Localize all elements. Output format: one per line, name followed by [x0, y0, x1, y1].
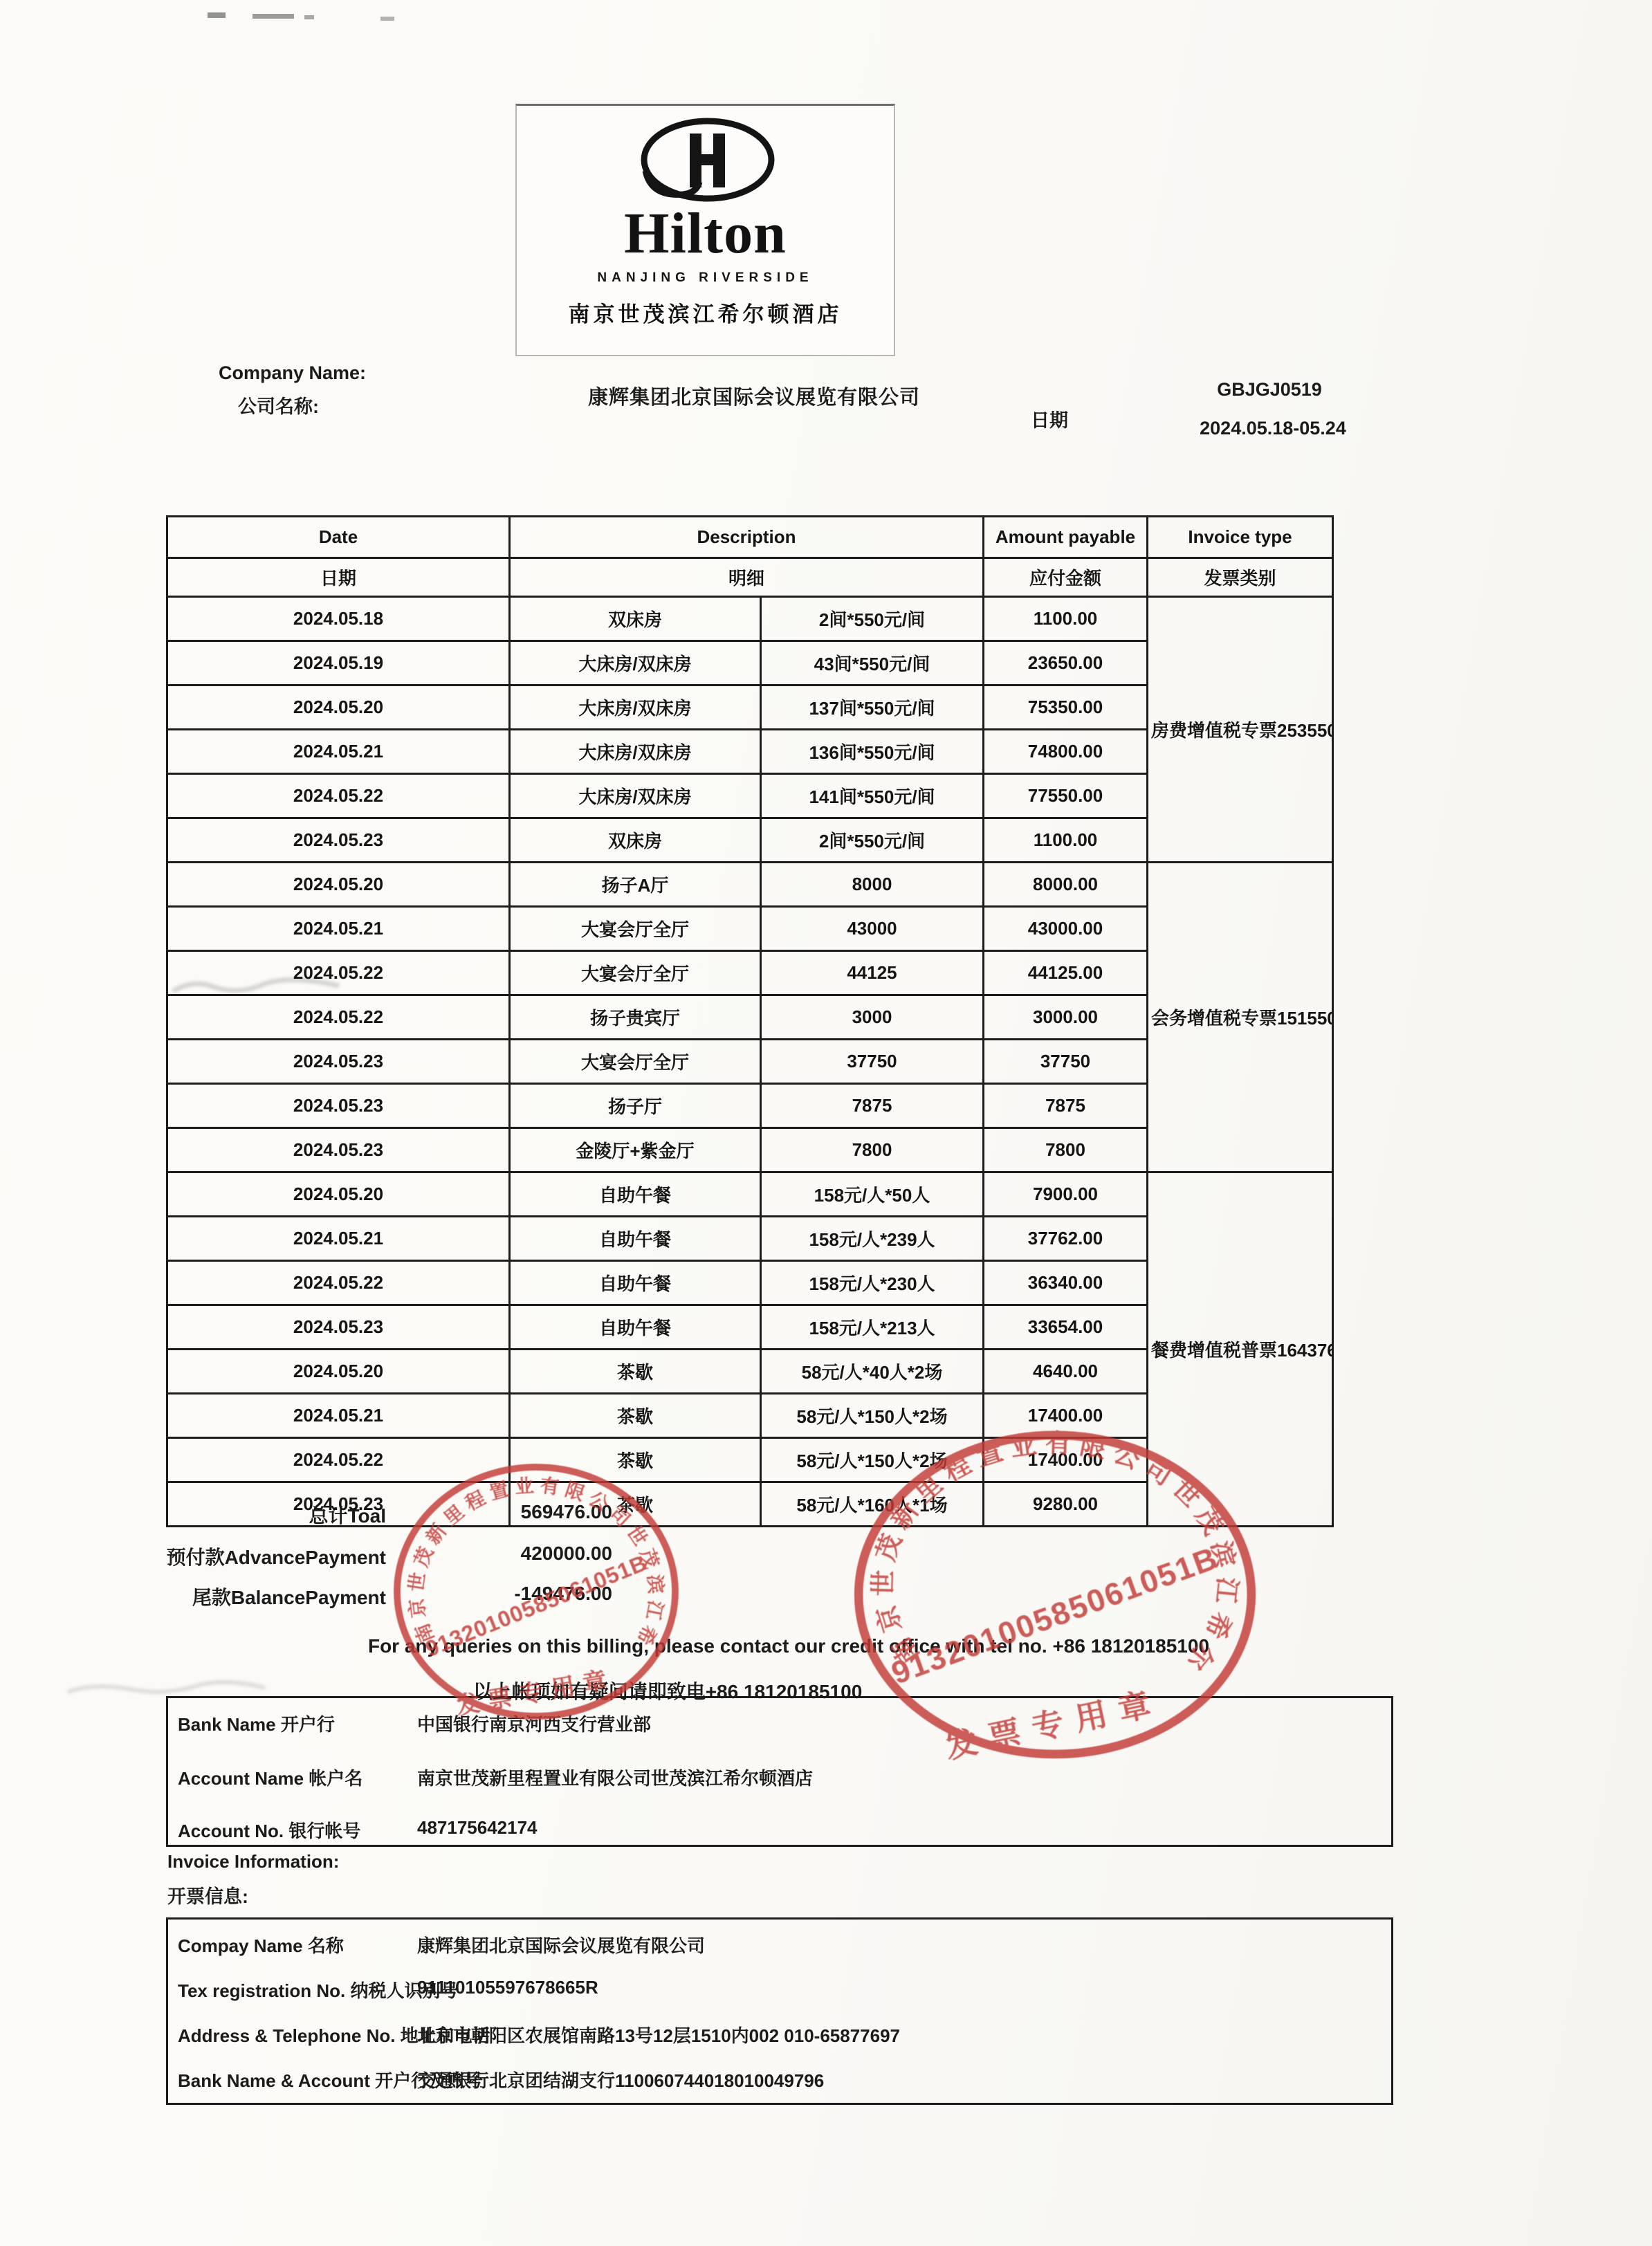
date-cell: 2024.05.20: [167, 863, 510, 907]
description-cell: 双床房: [510, 597, 761, 641]
company-name-label-cn: 公司名称:: [238, 392, 319, 418]
quantity-cell: 141间*550元/间: [761, 774, 984, 818]
total-label: 总计Toal: [158, 1501, 386, 1529]
header-row-cn: 日期 明细 应付金额 发票类别: [167, 558, 1333, 597]
description-cell: 扬子A厅: [510, 863, 761, 907]
description-cell: 茶歇: [510, 1438, 761, 1482]
bank-name-value: 中国银行南京河西支行营业部: [417, 1711, 651, 1736]
date-cell: 2024.05.22: [167, 951, 510, 995]
table-row: 2024.05.20自助午餐158元/人*50人7900.00餐费增值税普票16…: [167, 1172, 1333, 1217]
tax-registration-label: Tex registration No. 纳税人识别号: [178, 1977, 458, 2003]
quantity-cell: 158元/人*239人: [761, 1217, 984, 1261]
invoice-type-cell: 房费增值税专票253550元: [1148, 597, 1333, 863]
date-cell: 2024.05.19: [167, 641, 510, 685]
amount-cell: 23650.00: [984, 641, 1148, 685]
quantity-cell: 7875: [761, 1084, 984, 1128]
description-cell: 大宴会厅全厅: [510, 907, 761, 951]
date-cell: 2024.05.22: [167, 1261, 510, 1305]
amount-cell: 9280.00: [984, 1482, 1148, 1527]
billing-table: Date Description Amount payable Invoice …: [166, 515, 1334, 1527]
advance-payment-value: 420000.00: [384, 1543, 612, 1565]
quantity-cell: 8000: [761, 863, 984, 907]
account-name-value: 南京世茂新里程置业有限公司世茂滨江希尔顿酒店: [417, 1765, 813, 1790]
table-row: 2024.05.18双床房2间*550元/间1100.00房费增值税专票2535…: [167, 597, 1333, 641]
amount-cell: 3000.00: [984, 995, 1148, 1040]
description-cell: 自助午餐: [510, 1172, 761, 1217]
description-cell: 茶歇: [510, 1394, 761, 1438]
billing-query-note-en: For any queries on this billing, please …: [0, 1635, 1577, 1657]
col-header-description-cn: 明细: [510, 558, 984, 597]
tax-registration-row: Tex registration No. 纳税人识别号 911101055976…: [178, 1977, 1382, 2003]
bank-name-label: Bank Name 开户行: [178, 1711, 335, 1736]
bank-info-box: Bank Name 开户行 中国银行南京河西支行营业部 Account Name…: [166, 1696, 1393, 1847]
description-cell: 扬子厅: [510, 1084, 761, 1128]
header-row-en: Date Description Amount payable Invoice …: [167, 517, 1333, 558]
date-cell: 2024.05.23: [167, 818, 510, 863]
date-cell: 2024.05.22: [167, 995, 510, 1040]
hotel-logo-box: Hilton NANJING RIVERSIDE 南京世茂滨江希尔顿酒店: [515, 104, 895, 356]
invoice-info-box: Compay Name 名称 康辉集团北京国际会议展览有限公司 Tex regi…: [166, 1917, 1393, 2105]
invoice-company-label: Compay Name 名称: [178, 1932, 344, 1958]
account-number-row: Account No. 银行帐号 487175642174: [178, 1817, 1382, 1843]
amount-cell: 74800.00: [984, 730, 1148, 774]
quantity-cell: 58元/人*40人*2场: [761, 1350, 984, 1394]
description-cell: 大宴会厅全厅: [510, 1040, 761, 1084]
invoice-type-cell: 餐费增值税普票164376元: [1148, 1172, 1333, 1527]
balance-payment-value: -149476.00: [384, 1583, 612, 1605]
amount-cell: 44125.00: [984, 951, 1148, 995]
col-header-description-en: Description: [510, 517, 984, 558]
date-label-cn: 日期: [1031, 405, 1068, 432]
invoice-type-cell: 会务增值税专票151550元: [1148, 863, 1333, 1172]
invoice-information-title-cn: 开票信息:: [167, 1881, 248, 1908]
billing-table-header: Date Description Amount payable Invoice …: [167, 517, 1333, 597]
company-name-value: 康辉集团北京国际会议展览有限公司: [443, 382, 1065, 410]
description-cell: 大床房/双床房: [510, 774, 761, 818]
description-cell: 金陵厅+紫金厅: [510, 1128, 761, 1172]
date-cell: 2024.05.20: [167, 1172, 510, 1217]
amount-cell: 33654.00: [984, 1305, 1148, 1350]
date-cell: 2024.05.21: [167, 1217, 510, 1261]
quantity-cell: 137间*550元/间: [761, 685, 984, 730]
quantity-cell: 37750: [761, 1040, 984, 1084]
quantity-cell: 58元/人*150人*2场: [761, 1394, 984, 1438]
date-cell: 2024.05.20: [167, 1350, 510, 1394]
amount-cell: 37762.00: [984, 1217, 1148, 1261]
hotel-name-cn: 南京世茂滨江希尔顿酒店: [569, 297, 843, 328]
bank-name-row: Bank Name 开户行 中国银行南京河西支行营业部: [178, 1711, 1382, 1736]
date-cell: 2024.05.23: [167, 1040, 510, 1084]
seal-tax-number: 91320100585061051B: [887, 1540, 1222, 1691]
advance-payment-label: 预付款AdvancePayment: [158, 1543, 386, 1570]
col-header-amount-en: Amount payable: [984, 517, 1148, 558]
scanned-invoice-page: Hilton NANJING RIVERSIDE 南京世茂滨江希尔顿酒店 Com…: [0, 0, 1652, 2246]
amount-cell: 36340.00: [984, 1261, 1148, 1305]
date-cell: 2024.05.22: [167, 774, 510, 818]
scan-speck-artifacts: [0, 0, 1652, 83]
col-header-invoice-type-en: Invoice type: [1148, 517, 1333, 558]
quantity-cell: 7800: [761, 1128, 984, 1172]
invoice-company-value: 康辉集团北京国际会议展览有限公司: [417, 1932, 705, 1958]
quantity-cell: 44125: [761, 951, 984, 995]
invoice-bank-account-row: Bank Name & Account 开户行及账号 交通银行北京团结湖支行11…: [178, 2067, 1382, 2092]
quantity-cell: 158元/人*50人: [761, 1172, 984, 1217]
tax-registration-value: 91110105597678665R: [417, 1977, 598, 1998]
company-name-label-en: Company Name:: [219, 362, 366, 384]
col-header-amount-cn: 应付金额: [984, 558, 1148, 597]
amount-cell: 17400.00: [984, 1394, 1148, 1438]
amount-cell: 7800: [984, 1128, 1148, 1172]
account-number-value: 487175642174: [417, 1817, 538, 1839]
balance-payment-label: 尾款BalancePayment: [158, 1583, 386, 1610]
description-cell: 自助午餐: [510, 1305, 761, 1350]
address-telephone-value: 北京市朝阳区农展馆南路13号12层1510内002 010-65877697: [417, 2022, 900, 2047]
description-cell: 茶歇: [510, 1350, 761, 1394]
description-cell: 双床房: [510, 818, 761, 863]
date-cell: 2024.05.21: [167, 1394, 510, 1438]
account-name-label: Account Name 帐户名: [178, 1765, 362, 1790]
quantity-cell: 58元/人*150人*2场: [761, 1438, 984, 1482]
description-cell: 大床房/双床房: [510, 641, 761, 685]
description-cell: 自助午餐: [510, 1261, 761, 1305]
quantity-cell: 58元/人*160人*1场: [761, 1482, 984, 1527]
amount-cell: 1100.00: [984, 818, 1148, 863]
date-cell: 2024.05.23: [167, 1305, 510, 1350]
quantity-cell: 2间*550元/间: [761, 597, 984, 641]
amount-cell: 43000.00: [984, 907, 1148, 951]
brand-location: NANJING RIVERSIDE: [597, 270, 813, 286]
description-cell: 大宴会厅全厅: [510, 951, 761, 995]
invoice-bank-account-value: 交通银行北京团结湖支行110060744018010049796: [417, 2067, 824, 2092]
quantity-cell: 158元/人*230人: [761, 1261, 984, 1305]
date-cell: 2024.05.22: [167, 1438, 510, 1482]
quantity-cell: 2间*550元/间: [761, 818, 984, 863]
amount-cell: 4640.00: [984, 1350, 1148, 1394]
amount-cell: 77550.00: [984, 774, 1148, 818]
quantity-cell: 3000: [761, 995, 984, 1040]
billing-date-range: 2024.05.18-05.24: [1148, 418, 1397, 439]
amount-cell: 1100.00: [984, 597, 1148, 641]
invoice-company-row: Compay Name 名称 康辉集团北京国际会议展览有限公司: [178, 1932, 1382, 1958]
date-cell: 2024.05.21: [167, 907, 510, 951]
total-value: 569476.00: [384, 1501, 612, 1523]
amount-cell: 37750: [984, 1040, 1148, 1084]
amount-cell: 7875: [984, 1084, 1148, 1128]
col-header-date-cn: 日期: [167, 558, 510, 597]
description-cell: 大床房/双床房: [510, 685, 761, 730]
invoice-information-title-en: Invoice Information:: [167, 1851, 339, 1872]
table-row: 2024.05.20扬子A厅80008000.00会务增值税专票151550元: [167, 863, 1333, 907]
description-cell: 大床房/双床房: [510, 730, 761, 774]
hilton-logo-icon: [633, 117, 778, 207]
quantity-cell: 43000: [761, 907, 984, 951]
amount-cell: 75350.00: [984, 685, 1148, 730]
col-header-date-en: Date: [167, 517, 510, 558]
date-cell: 2024.05.18: [167, 597, 510, 641]
account-name-row: Account Name 帐户名 南京世茂新里程置业有限公司世茂滨江希尔顿酒店: [178, 1765, 1382, 1790]
billing-table-body: 2024.05.18双床房2间*550元/间1100.00房费增值税专票2535…: [167, 597, 1333, 1527]
description-cell: 自助午餐: [510, 1217, 761, 1261]
date-cell: 2024.05.21: [167, 730, 510, 774]
quantity-cell: 43间*550元/间: [761, 641, 984, 685]
quantity-cell: 158元/人*213人: [761, 1305, 984, 1350]
date-cell: 2024.05.20: [167, 685, 510, 730]
amount-cell: 8000.00: [984, 863, 1148, 907]
address-telephone-row: Address & Telephone No. 地址和电话 北京市朝阳区农展馆南…: [178, 2022, 1382, 2047]
col-header-invoice-type-cn: 发票类别: [1148, 558, 1333, 597]
quantity-cell: 136间*550元/间: [761, 730, 984, 774]
description-cell: 扬子贵宾厅: [510, 995, 761, 1040]
brand-name: Hilton: [624, 207, 787, 261]
date-cell: 2024.05.23: [167, 1128, 510, 1172]
amount-cell: 7900.00: [984, 1172, 1148, 1217]
reference-code: GBJGJ0519: [1169, 379, 1370, 401]
amount-cell: 17400.00: [984, 1438, 1148, 1482]
date-cell: 2024.05.23: [167, 1084, 510, 1128]
account-number-label: Account No. 银行帐号: [178, 1817, 360, 1843]
